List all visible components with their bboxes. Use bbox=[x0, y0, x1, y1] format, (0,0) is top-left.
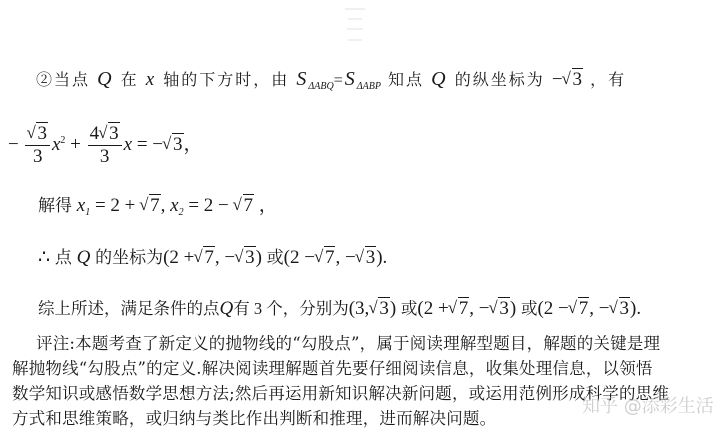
radicand: 3 bbox=[244, 246, 256, 268]
solution-line-coordinates: ∴ 点 Q 的坐标为(2 +7, −3) 或(2 −7, −3). bbox=[38, 248, 387, 268]
decoration-line bbox=[345, 8, 365, 10]
zhihu-watermark: 知乎 @添彩生活 bbox=[582, 392, 714, 418]
denominator: 3 bbox=[25, 146, 50, 168]
radicand: 7 bbox=[203, 246, 215, 268]
commentary-line: 评注:本题考查了新定义的抛物线的“勾股点”，属于阅读理解型题目，解题的关键是理 bbox=[12, 331, 712, 356]
coord: , − bbox=[215, 247, 235, 268]
radicand: 7 bbox=[578, 297, 590, 319]
radicand: 3 bbox=[572, 68, 584, 90]
var-Q: Q bbox=[97, 68, 113, 90]
value: = 2 − bbox=[188, 195, 228, 216]
radicand: 7 bbox=[324, 246, 336, 268]
solution-line-roots: 解得 x1 = 2 + 7, x2 = 2 − 7 ， bbox=[38, 196, 278, 223]
coord: (3, bbox=[349, 298, 370, 319]
exponent: 2 bbox=[60, 135, 65, 146]
coord: (2 + bbox=[417, 298, 448, 319]
radicand: 3 bbox=[498, 297, 510, 319]
var-x: x bbox=[124, 134, 132, 155]
radicand: 3 bbox=[172, 133, 184, 155]
text: 有 3 个，分别为 bbox=[233, 299, 349, 318]
var-Q: Q bbox=[220, 298, 234, 319]
radicand: 7 bbox=[458, 297, 470, 319]
sqrt: 3 bbox=[563, 70, 584, 90]
radicand: 3 bbox=[619, 297, 631, 319]
var-S: S bbox=[345, 68, 357, 90]
subscript: ΔABP bbox=[357, 81, 381, 92]
text-or: 或 bbox=[521, 299, 538, 318]
text: 的纵坐标为 bbox=[455, 70, 545, 89]
denominator: 3 bbox=[88, 146, 122, 168]
decoration-line bbox=[347, 28, 363, 30]
var-x: x bbox=[77, 195, 85, 216]
fraction: 33 bbox=[25, 123, 50, 168]
subscript: ΔABQ bbox=[308, 81, 333, 92]
fraction: 433 bbox=[88, 123, 122, 168]
coord: , − bbox=[335, 247, 355, 268]
decoration-line bbox=[348, 18, 362, 20]
therefore-symbol: ∴ bbox=[38, 247, 50, 268]
text: ，有 bbox=[590, 70, 626, 89]
subscript: 1 bbox=[85, 207, 90, 218]
commentary-line: 解抛物线“勾股点”的定义.解决阅读理解题首先要仔细阅读信息，收集处理信息，以领悟 bbox=[12, 356, 712, 381]
text: 解得 bbox=[38, 196, 72, 215]
var-Q: Q bbox=[431, 68, 447, 90]
text: 轴的下方时，由 bbox=[163, 70, 289, 89]
var-x: x bbox=[146, 69, 156, 90]
subscript: 2 bbox=[179, 207, 184, 218]
decoration-line bbox=[348, 39, 362, 41]
text: 在 bbox=[121, 70, 139, 89]
equation-line: − 33x2 + 433x = −3， bbox=[8, 118, 203, 168]
radicand: 3 bbox=[108, 122, 120, 144]
solution-summary: 综上所述，满足条件的点Q有 3 个，分别为(3,3) 或(2 +7, −3) 或… bbox=[38, 299, 641, 319]
equals: = bbox=[334, 72, 345, 89]
minus: − bbox=[8, 134, 19, 155]
coord: ). bbox=[630, 298, 641, 319]
coord: , − bbox=[469, 298, 489, 319]
text-or: 或 bbox=[401, 299, 418, 318]
coord: , − bbox=[589, 298, 609, 319]
coord: (2 + bbox=[163, 247, 194, 268]
text: ②当点 bbox=[36, 70, 90, 89]
coord: (2 − bbox=[537, 298, 568, 319]
text: 的坐标为 bbox=[95, 248, 163, 267]
var-S: S bbox=[296, 68, 308, 90]
var-x: x bbox=[170, 195, 178, 216]
var-Q: Q bbox=[77, 247, 91, 268]
radicand: 3 bbox=[36, 122, 48, 144]
coord: (2 − bbox=[284, 247, 315, 268]
text-or: 或 bbox=[267, 248, 284, 267]
coord: ) bbox=[510, 298, 516, 319]
value: = 2 + bbox=[95, 195, 135, 216]
coord: ) bbox=[390, 298, 396, 319]
radicand: 7 bbox=[149, 194, 161, 216]
radicand: 3 bbox=[365, 246, 377, 268]
coord: ). bbox=[376, 247, 387, 268]
comma: ， bbox=[259, 195, 278, 216]
plus: + bbox=[70, 134, 81, 155]
comma: , bbox=[161, 195, 166, 216]
coord: ) bbox=[256, 247, 262, 268]
radicand: 3 bbox=[378, 297, 390, 319]
text: 点 bbox=[55, 248, 72, 267]
equals-minus: = − bbox=[137, 134, 163, 155]
comma: ， bbox=[184, 134, 203, 155]
text: 知点 bbox=[388, 70, 424, 89]
radicand: 7 bbox=[243, 194, 255, 216]
text: 综上所述，满足条件的点 bbox=[38, 299, 220, 318]
solution-line-case2: ②当点 Q 在 x 轴的下方时，由 SΔABQ=SΔABP 知点 Q 的纵坐标为… bbox=[36, 69, 626, 97]
